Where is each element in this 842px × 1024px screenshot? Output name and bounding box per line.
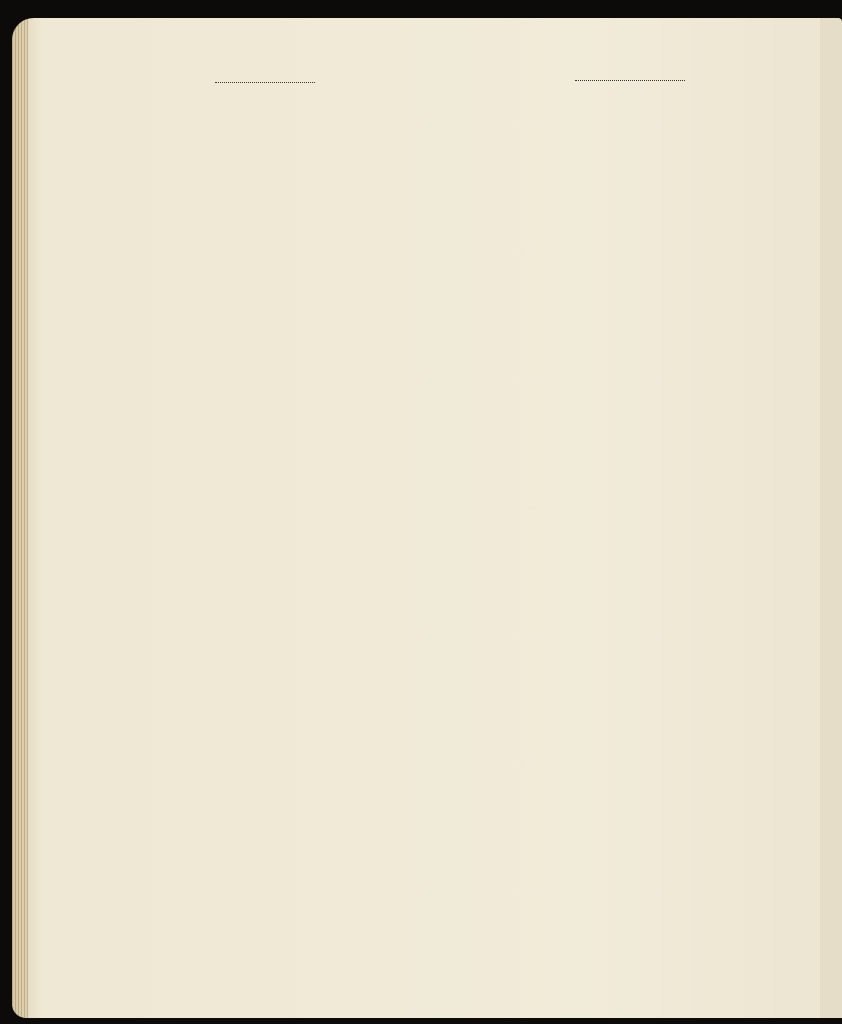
register-grid bbox=[0, 0, 842, 1024]
